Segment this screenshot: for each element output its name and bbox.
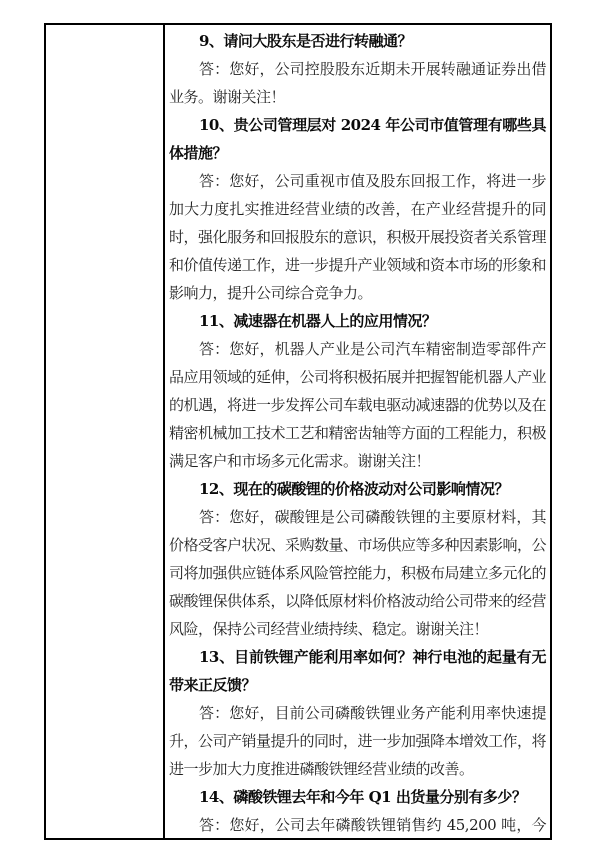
question-paragraph: 9、请问大股东是否进行转融通？ [169,27,546,55]
answer-paragraph: 答：您好，公司去年磷酸铁锂销售约 45,200 吨，今年一 [169,811,546,838]
qa-list: 9、请问大股东是否进行转融通？答：您好，公司控股股东近期未开展转融通证券出借业务… [169,27,546,838]
table-cell-qa-content: 9、请问大股东是否进行转融通？答：您好，公司控股股东近期未开展转融通证券出借业务… [165,25,550,838]
question-paragraph: 14、磷酸铁锂去年和今年 Q1 出货量分别有多少？ [169,783,546,811]
document-page: 9、请问大股东是否进行转融通？答：您好，公司控股股东近期未开展转融通证券出借业务… [0,0,595,864]
answer-paragraph: 答：您好，机器人产业是公司汽车精密制造零部件产品应用领域的延伸，公司将积极拓展并… [169,335,546,475]
question-paragraph: 13、目前铁锂产能利用率如何？神行电池的起量有无带来正反馈？ [169,643,546,699]
answer-paragraph: 答：您好，碳酸锂是公司磷酸铁锂的主要原材料，其价格受客户状况、采购数量、市场供应… [169,503,546,643]
answer-paragraph: 答：您好，公司控股股东近期未开展转融通证券出借业务。谢谢关注！ [169,55,546,111]
answer-paragraph: 答：您好，目前公司磷酸铁锂业务产能利用率快速提升，公司产销量提升的同时，进一步加… [169,699,546,783]
question-paragraph: 11、减速器在机器人上的应用情况？ [169,307,546,335]
answer-paragraph: 答：您好，公司重视市值及股东回报工作，将进一步加大力度扎实推进经营业绩的改善，在… [169,167,546,307]
qa-table: 9、请问大股东是否进行转融通？答：您好，公司控股股东近期未开展转融通证券出借业务… [44,23,552,840]
table-cell-empty [46,25,165,838]
question-paragraph: 12、现在的碳酸锂的价格波动对公司影响情况？ [169,475,546,503]
question-paragraph: 10、贵公司管理层对 2024 年公司市值管理有哪些具体措施？ [169,111,546,167]
